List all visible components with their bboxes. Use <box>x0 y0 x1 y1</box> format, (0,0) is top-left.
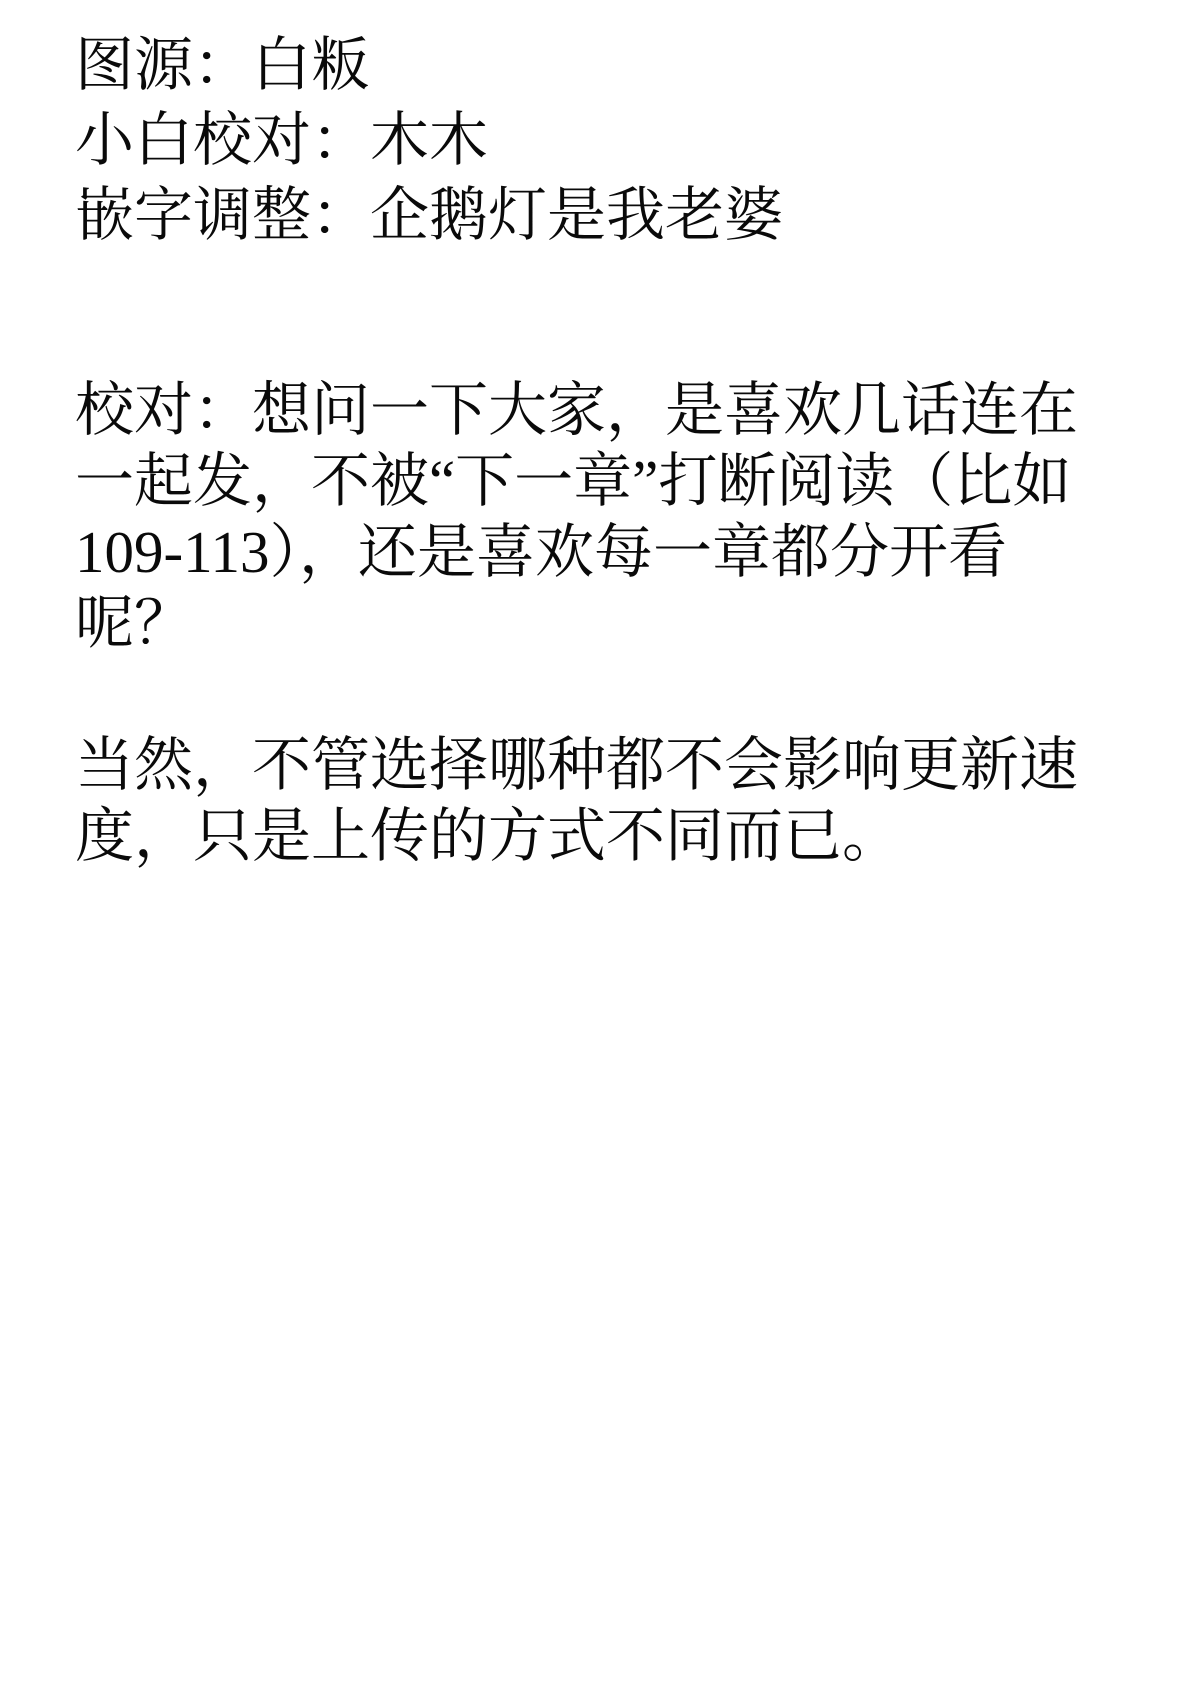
update-note-line: 当然，不管选择哪种都不会影响更新速 <box>75 730 1150 801</box>
update-note-line: 度，只是上传的方式不同而已。 <box>75 801 1150 872</box>
credits-block: 图源：白粄 小白校对：木木 嵌字调整：企鹅灯是我老婆 <box>75 28 1150 253</box>
proofreader-question-line: 一起发，不被“下一章”打断阅读（比如 <box>75 446 1150 517</box>
proofreader-question-line: 呢？ <box>75 588 1150 659</box>
credit-line-typesetter: 嵌字调整：企鹅灯是我老婆 <box>75 178 1150 253</box>
proofreader-question-line: 校对：想问一下大家，是喜欢几话连在 <box>75 375 1150 446</box>
proofreader-question-paragraph: 校对：想问一下大家，是喜欢几话连在 一起发，不被“下一章”打断阅读（比如 109… <box>75 375 1150 659</box>
update-note-paragraph: 当然，不管选择哪种都不会影响更新速 度，只是上传的方式不同而已。 <box>75 730 1150 872</box>
credit-line-proofreader: 小白校对：木木 <box>75 103 1150 178</box>
credits-page: 图源：白粄 小白校对：木木 嵌字调整：企鹅灯是我老婆 校对：想问一下大家，是喜欢… <box>0 0 1200 1697</box>
credit-line-image-source: 图源：白粄 <box>75 28 1150 103</box>
proofreader-question-line: 109-113），还是喜欢每一章都分开看 <box>75 517 1150 588</box>
